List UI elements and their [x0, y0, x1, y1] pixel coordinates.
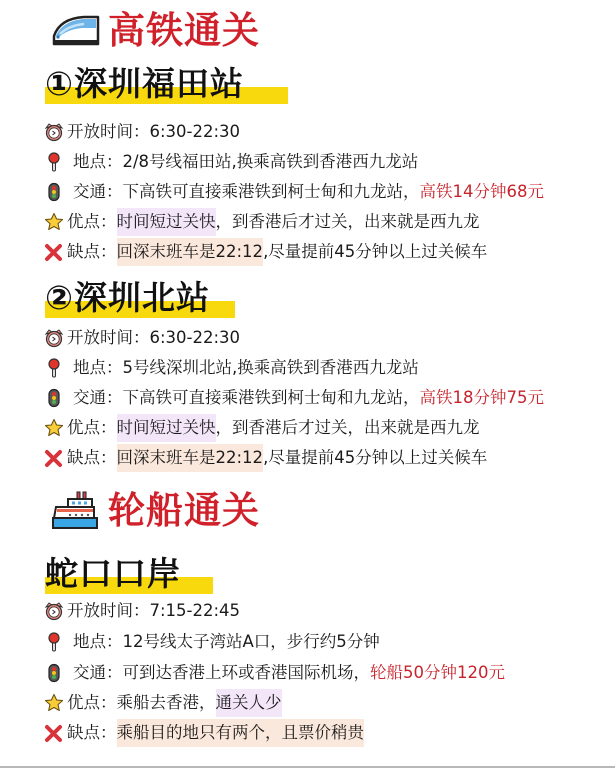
row-hours: 开放时间： 7:15-22:45 [44, 597, 240, 625]
star-icon [44, 212, 64, 232]
row-pros: 优点： 乘船去香港， 通关人少 [44, 689, 282, 717]
category-title-high-speed-rail: 高铁通关 [50, 10, 260, 50]
row-pros: 优点： 时间短过关快 ，到香港后才过关，出来就是西九龙 [44, 208, 480, 236]
row-hours: 开放时间： 6:30-22:30 [44, 118, 240, 146]
ship-icon [50, 490, 102, 530]
station-title-shenzhen-north: ②深圳北站 [45, 276, 235, 320]
station-title-futian: ①深圳福田站 [45, 62, 290, 106]
row-transport: 交通： 下高铁可直接乘港铁到柯士甸和九龙站， 高铁18分钟75元 [44, 384, 544, 412]
row-hours: 开放时间： 6:30-22:30 [44, 324, 240, 352]
cross-mark-icon [44, 448, 64, 468]
row-cons: 缺点： 回深末班车是22:12 ,尽量提前45分钟以上过关候车 [44, 444, 487, 472]
star-icon [44, 693, 64, 713]
category-title-ferry: 轮船通关 [50, 490, 260, 530]
row-location: 地点： 12号线太子湾站A口，步行约5分钟 [44, 628, 380, 656]
traffic-light-icon [44, 388, 64, 408]
price-highlight: 高铁14分钟68元 [420, 178, 545, 206]
star-icon [44, 418, 64, 438]
row-transport: 交通： 可到达香港上环或香港国际机场， 轮船50分钟120元 [44, 659, 505, 687]
station-title-text: ②深圳北站 [45, 276, 235, 320]
bullet-train-icon [50, 10, 102, 50]
alarm-clock-icon [44, 122, 64, 142]
price-highlight: 高铁18分钟75元 [420, 384, 545, 412]
pros-highlight: 时间短过关快 [117, 414, 216, 442]
category-title-text: 轮船通关 [108, 492, 260, 529]
pros-highlight: 时间短过关快 [117, 208, 216, 236]
cons-highlight: 乘船目的地只有两个，且票价稍贵 [117, 719, 365, 747]
category-title-text: 高铁通关 [108, 12, 260, 49]
traffic-light-icon [44, 182, 64, 202]
row-transport: 交通： 下高铁可直接乘港铁到柯士甸和九龙站， 高铁14分钟68元 [44, 178, 544, 206]
pushpin-icon [44, 152, 64, 172]
pushpin-icon [44, 632, 64, 652]
row-cons: 缺点： 回深末班车是22:12 ,尽量提前45分钟以上过关候车 [44, 238, 487, 266]
cross-mark-icon [44, 242, 64, 262]
row-cons: 缺点： 乘船目的地只有两个，且票价稍贵 [44, 719, 364, 747]
cons-highlight: 回深末班车是22:12 [117, 444, 264, 472]
cross-mark-icon [44, 723, 64, 743]
cons-highlight: 回深末班车是22:12 [117, 238, 264, 266]
pushpin-icon [44, 358, 64, 378]
row-location: 地点： 2/8号线福田站,换乘高铁到香港西九龙站 [44, 148, 418, 176]
pros-highlight: 通关人少 [216, 689, 282, 717]
row-location: 地点： 5号线深圳北站,换乘高铁到香港西九龙站 [44, 354, 419, 382]
station-title-text: ①深圳福田站 [45, 62, 290, 106]
alarm-clock-icon [44, 328, 64, 348]
station-title-text: 蛇口口岸 [45, 552, 215, 596]
row-pros: 优点： 时间短过关快 ，到香港后才过关，出来就是西九龙 [44, 414, 480, 442]
price-highlight: 轮船50分钟120元 [370, 659, 505, 687]
station-title-shekou: 蛇口口岸 [45, 552, 215, 596]
alarm-clock-icon [44, 601, 64, 621]
traffic-light-icon [44, 663, 64, 683]
